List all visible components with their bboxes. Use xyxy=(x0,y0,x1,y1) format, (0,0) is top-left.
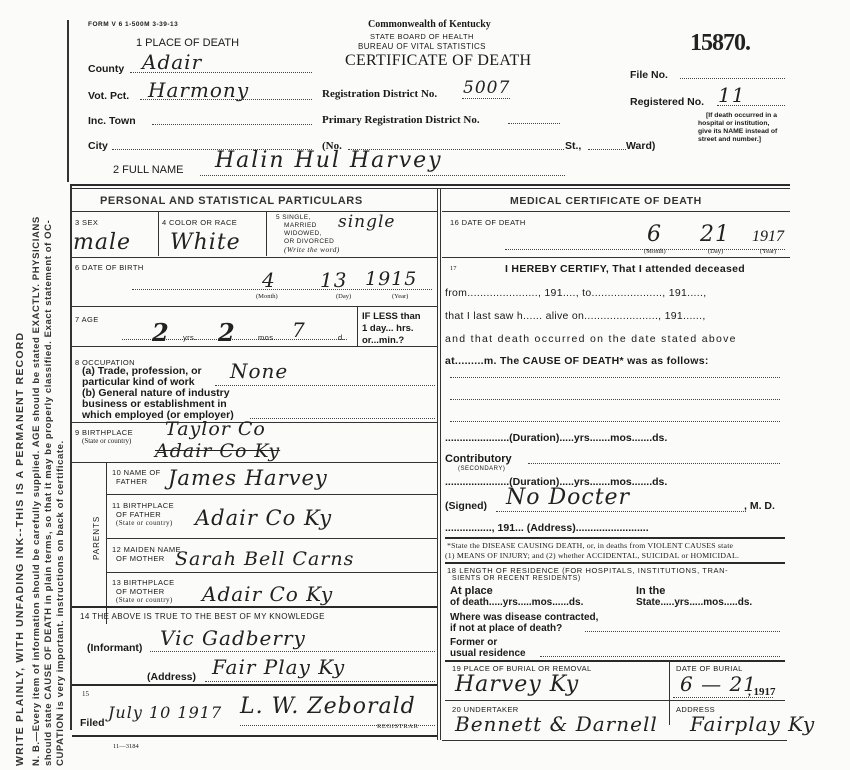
informant-header: 14 THE ABOVE IS TRUE TO THE BEST OF MY K… xyxy=(80,612,325,621)
rule xyxy=(445,700,785,701)
dob-day-caption: (Day) xyxy=(336,293,351,300)
footer-code: 11—3184 xyxy=(113,743,139,750)
footnote-2: (1) MEANS OF INJURY; and (2) whether ACC… xyxy=(445,551,739,560)
age-mos-label: mos. xyxy=(258,333,276,342)
informant-label: (Informant) xyxy=(87,642,142,654)
dod-day: 21 xyxy=(700,222,730,247)
side-note-write-plainly: WRITE PLAINLY, WITH UNFADING INK--THIS I… xyxy=(14,332,26,766)
rule xyxy=(106,572,437,573)
rule xyxy=(445,660,785,662)
mother-birthplace-value: Adair Co Ky xyxy=(202,582,333,606)
side-note-nb-1: N. B.—Every item of information should b… xyxy=(31,216,42,766)
dob-month: 4 xyxy=(262,268,276,292)
address-value: Fair Play Ky xyxy=(212,655,345,679)
rule xyxy=(106,494,437,495)
mother-value: Sarah Bell Carns xyxy=(175,548,354,570)
rule xyxy=(72,306,437,307)
registered-no-value: 11 xyxy=(718,83,745,107)
inc-town-label: Inc. Town xyxy=(88,115,136,127)
registration-district-label: Registration District No. xyxy=(322,88,437,100)
former-residence-line: Former or xyxy=(450,637,526,648)
rule xyxy=(106,538,437,539)
stamp-number: 15870. xyxy=(690,30,750,57)
burial-year-value: , 1917 xyxy=(748,686,776,698)
cause-line-1 xyxy=(450,368,780,378)
father-birthplace-label-line: OF FATHER xyxy=(112,510,174,519)
vot-pct-value: Harmony xyxy=(148,78,249,102)
header-separator-2 xyxy=(70,188,790,189)
race-label: 4 COLOR OR RACE xyxy=(162,218,237,227)
contracted-line: Where was disease contracted, xyxy=(450,612,598,623)
father-value: James Harvey xyxy=(168,466,328,490)
footnote-1: *State the DISEASE CAUSING DEATH, or, in… xyxy=(447,541,733,550)
filed-label: Filed xyxy=(80,717,105,729)
mother-birthplace-label-line: 13 BIRTHPLACE xyxy=(112,578,175,587)
undertaker-value: Bennett & Darnell xyxy=(455,712,658,736)
hospital-note-line: give its NAME instead of xyxy=(698,128,777,136)
at-place-line: of death.....yrs.....mos......ds. xyxy=(450,597,583,608)
rule xyxy=(72,684,437,686)
certify-line-4: and that death occurred on the date stat… xyxy=(445,333,737,345)
less-than-day: IF LESS than 1 day... hrs. or...min.? xyxy=(362,311,421,347)
in-state-line: In the xyxy=(636,586,752,597)
father-label-line: FATHER xyxy=(112,477,161,486)
undertaker-address-value: Fairplay Ky xyxy=(690,712,815,736)
residence-label-1: 18 LENGTH OF RESIDENCE (FOR HOSPITALS, I… xyxy=(447,566,728,575)
cause-line-3 xyxy=(450,412,780,422)
occupation-b-field xyxy=(250,409,435,419)
contributory-field xyxy=(528,454,780,464)
less-than-line: 1 day... hrs. xyxy=(362,323,421,335)
parents-label: PARENTS xyxy=(92,516,101,560)
dob-day: 13 xyxy=(320,268,347,292)
secondary-label: (SECONDARY) xyxy=(458,466,505,472)
board-of-health: STATE BOARD OF HEALTH xyxy=(370,32,474,41)
filed-value: July 10 1917 xyxy=(108,703,222,722)
duration-line: ......................(Duration).....yrs… xyxy=(445,432,667,444)
md-label: , M. D. xyxy=(744,500,775,512)
rule xyxy=(442,211,790,212)
date-address-line: ................, 191... (Address)......… xyxy=(445,522,649,534)
personal-header: PERSONAL AND STATISTICAL PARTICULARS xyxy=(100,195,363,207)
occupation-text: (a) Trade, profession, or particular kin… xyxy=(82,366,234,421)
medical-header: MEDICAL CERTIFICATE OF DEATH xyxy=(510,195,702,207)
father-birthplace-label-line: 11 BIRTHPLACE xyxy=(112,501,174,510)
commonwealth: Commonwealth of Kentucky xyxy=(368,19,491,30)
dob-year: 1915 xyxy=(365,268,417,290)
certify-line-3: that I last saw h...... alive on........… xyxy=(445,310,706,322)
residence-label-2: SIENTS OR RECENT RESIDENTS) xyxy=(452,575,581,582)
rule xyxy=(266,211,267,256)
filed-number: 15 xyxy=(82,690,89,698)
marital-label-line: WIDOWED, xyxy=(276,230,340,238)
certify-line-5: at.........m. The CAUSE OF DEATH* was as… xyxy=(445,355,709,367)
father-birthplace-label: 11 BIRTHPLACE OF FATHER (State or countr… xyxy=(112,501,174,528)
mother-birthplace-label-line: OF MOTHER xyxy=(112,587,175,596)
burial-place-value: Harvey Ky xyxy=(455,672,579,697)
father-birthplace-label-line: (State or country) xyxy=(112,519,174,528)
birthplace-sub: (State or country) xyxy=(82,437,131,445)
mother-label: 12 MAIDEN NAME OF MOTHER xyxy=(112,545,181,563)
hospital-note-line: hospital or institution, xyxy=(698,120,777,128)
birthplace-value: Adair Co Ky xyxy=(155,440,280,462)
left-border-lower xyxy=(70,185,72,730)
file-no-label: File No. xyxy=(630,69,668,81)
certify-line-2: from......................, 191...., to.… xyxy=(445,287,706,299)
mother-birthplace-label: 13 BIRTHPLACE OF MOTHER (State or countr… xyxy=(112,578,175,605)
rule xyxy=(442,257,790,258)
rule xyxy=(72,462,437,463)
rule xyxy=(669,660,670,725)
form-code: FORM V 6 1-500M 3-39-13 xyxy=(88,21,178,28)
less-than-line: IF LESS than xyxy=(362,311,421,323)
birthplace-value-struck: Taylor Co xyxy=(165,418,266,440)
address-label: (Address) xyxy=(147,671,196,683)
rule xyxy=(72,257,437,258)
marital-label-line: MARRIED xyxy=(276,222,340,230)
at-place-label: At place of death.....yrs.....mos......d… xyxy=(450,586,583,608)
rule xyxy=(357,306,358,346)
informant-value: Vic Gadberry xyxy=(160,626,306,650)
occupation-value: None xyxy=(230,359,288,383)
signed-value: No Docter xyxy=(506,485,630,510)
former-residence-line: usual residence xyxy=(450,648,526,659)
rule xyxy=(72,606,437,608)
dod-label: 16 DATE OF DEATH xyxy=(450,218,526,227)
in-state-line: State.....yrs.....mos.....ds. xyxy=(636,597,752,608)
hospital-note-line: [If death occurred in a xyxy=(698,112,777,120)
marital-label-line: 5 SINGLE, xyxy=(276,214,340,222)
registered-no-label: Registered No. xyxy=(630,96,704,108)
st-label: St., xyxy=(565,140,581,152)
mother-label-line: 12 MAIDEN NAME xyxy=(112,545,181,554)
dod-day-caption: (Day) xyxy=(708,248,723,255)
center-divider xyxy=(437,188,438,740)
rule xyxy=(445,537,785,539)
age-label: 7 AGE xyxy=(75,315,99,324)
former-residence-field xyxy=(540,647,780,657)
county-value: Adair xyxy=(142,50,202,74)
header-separator xyxy=(70,184,790,186)
file-no-field xyxy=(680,66,785,79)
in-state-label: In the State.....yrs.....mos.....ds. xyxy=(636,586,752,608)
marital-value: single xyxy=(338,212,396,232)
primary-registration-label: Primary Registration District No. xyxy=(322,114,480,126)
father-label-line: 10 NAME OF xyxy=(112,468,161,477)
mother-birthplace-label-line: (State or country) xyxy=(112,596,175,605)
side-note-nb-3: CUPATION is very important. instructions… xyxy=(55,440,66,766)
dod-month-caption: (Month) xyxy=(644,248,666,255)
side-note-nb-2: should state CAUSE OF DEATH in plain ter… xyxy=(43,220,54,766)
age-ds: 7 xyxy=(292,318,306,342)
vot-pct-label: Vot. Pct. xyxy=(88,90,129,102)
birthplace-label: 9 BIRTHPLACE xyxy=(75,428,133,437)
dod-month: 6 xyxy=(647,222,662,247)
sex-value: male xyxy=(73,230,131,255)
marital-label-line: (Write the word) xyxy=(276,246,340,254)
burial-date-value: 6 — 21 xyxy=(680,672,757,696)
inc-town-field xyxy=(152,110,312,125)
dod-year-caption: (Year) xyxy=(760,248,776,255)
rule xyxy=(445,562,785,564)
place-of-death-label: 1 PLACE OF DEATH xyxy=(136,37,239,49)
rule xyxy=(442,740,787,741)
age-mos: 2 xyxy=(218,318,236,347)
left-border xyxy=(67,20,69,182)
age-yrs: 2 xyxy=(152,318,170,347)
age-yrs-label: yrs. xyxy=(183,333,197,342)
dob-month-caption: (Month) xyxy=(256,293,278,300)
certify-line-1: I HEREBY CERTIFY, That I attended deceas… xyxy=(505,263,745,275)
signed-label: (Signed) xyxy=(445,500,487,512)
contracted-field xyxy=(585,622,780,632)
rule xyxy=(72,346,437,347)
rule xyxy=(158,211,159,256)
dod-year: 1917 xyxy=(752,228,784,246)
dob-label: 6 DATE OF BIRTH xyxy=(75,263,144,272)
cert-number: 17 xyxy=(450,265,457,272)
mother-label-line: OF MOTHER xyxy=(112,554,181,563)
marital-label: 5 SINGLE, MARRIED WIDOWED, OR DIVORCED (… xyxy=(276,214,340,254)
ward-field xyxy=(588,136,626,150)
bureau: BUREAU OF VITAL STATISTICS xyxy=(358,42,486,51)
primary-registration-field xyxy=(508,110,560,124)
age-d-label: d. xyxy=(338,333,345,342)
contracted-label: Where was disease contracted, if not at … xyxy=(450,612,598,634)
certificate-title: CERTIFICATE OF DEATH xyxy=(345,52,531,70)
full-name-label: 2 FULL NAME xyxy=(113,164,184,176)
county-label: County xyxy=(88,63,124,75)
hospital-note: [If death occurred in a hospital or inst… xyxy=(698,112,777,144)
father-label: 10 NAME OF FATHER xyxy=(112,468,161,486)
contributory-label: Contributory xyxy=(445,453,512,465)
registrar-label: REGISTRAR xyxy=(377,723,419,730)
at-place-line: At place xyxy=(450,586,583,597)
cause-line-2 xyxy=(450,390,780,400)
center-divider-2 xyxy=(440,188,441,740)
father-birthplace-value: Adair Co Ky xyxy=(195,506,332,530)
sex-label: 3 SEX xyxy=(75,218,98,227)
hospital-note-line: street and number.] xyxy=(698,136,777,144)
rule xyxy=(72,735,437,737)
dob-year-caption: (Year) xyxy=(392,293,408,300)
city-label: City xyxy=(88,140,108,152)
race-value: White xyxy=(170,230,241,255)
registrar-value: L. W. Zeborald xyxy=(240,694,416,719)
full-name-value: Halin Hul Harvey xyxy=(215,148,443,173)
former-residence-label: Former or usual residence xyxy=(450,637,526,659)
rule xyxy=(106,462,107,624)
registration-district-value: 5007 xyxy=(463,78,510,98)
contracted-line: if not at place of death? xyxy=(450,623,598,634)
ward-label: Ward) xyxy=(626,140,655,152)
